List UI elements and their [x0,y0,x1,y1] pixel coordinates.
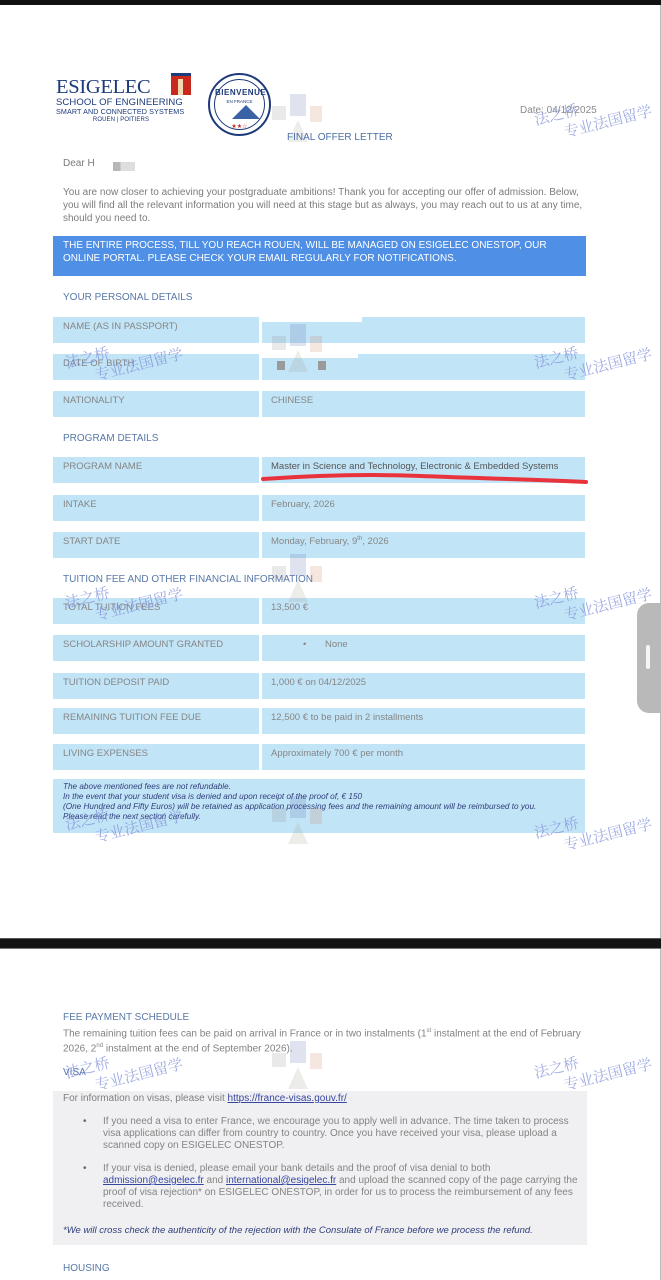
schedule-text-part: instalment at the end of September 2026)… [103,1044,293,1055]
schedule-text-part: The remaining tuition fees can be paid o… [63,1028,427,1039]
visa-bullet-text: If you need a visa to enter France, we e… [103,1116,569,1151]
letter-date: Date: 04/12/2025 [520,105,597,116]
disclaimer-line: (One Hundred and Fifty Euros) will be re… [63,802,575,812]
badge-subtitle: EN FRANCE [215,99,264,104]
row-nationality: NATIONALITY CHINESE [53,391,585,417]
redacted-name [113,162,135,171]
row-label: DATE OF BIRTH [53,354,259,380]
row-label: SCHOLARSHIP AMOUNT GRANTED [53,635,259,661]
redaction-block [277,361,285,370]
row-value: 12,500 € to be paid in 2 installments [262,708,585,734]
fee-payment-schedule-heading: FEE PAYMENT SCHEDULE [63,1012,189,1023]
row-value: CHINESE [262,391,585,417]
esigelec-logo: ESIGELEC SCHOOL OF ENGINEERING SMART AND… [56,77,196,124]
bullet-icon: • [83,1116,87,1128]
row-deposit-paid: TUITION DEPOSIT PAID 1,000 € on 04/12/20… [53,673,585,699]
visa-bullet-list: • If you need a visa to enter France, we… [83,1116,581,1221]
row-label: LIVING EXPENSES [53,744,259,770]
row-label: REMAINING TUITION FEE DUE [53,708,259,734]
bullet-icon: • [83,1163,87,1175]
row-total-tuition: TOTAL TUITION FEES 13,500 € [53,598,585,624]
admission-email-link[interactable]: admission@esigelec.fr [103,1175,204,1186]
visa-refund-note: *We will cross check the authenticity of… [63,1225,533,1236]
greeting: Dear H [63,158,95,169]
redaction-block [318,361,326,370]
row-start-date: START DATE Monday, February, 9th, 2026 [53,532,585,558]
scholarship-value: None [325,639,348,650]
visa-heading: VISA [63,1067,86,1078]
letter-title: FINAL OFFER LETTER [287,132,393,143]
badge-mountain-icon [232,105,260,119]
row-value: Approximately 700 € per month [262,744,585,770]
row-value: Monday, February, 9th, 2026 [262,532,585,558]
row-value: February, 2026 [262,495,585,521]
row-remaining-fee: REMAINING TUITION FEE DUE 12,500 € to be… [53,708,585,734]
fee-payment-schedule-text: The remaining tuition fees can be paid o… [63,1025,583,1056]
financial-heading: TUITION FEE AND OTHER FINANCIAL INFORMAT… [63,574,313,585]
redaction-strip [262,345,358,358]
france-visas-link[interactable]: https://france-visas.gouv.fr/ [228,1093,347,1104]
row-living-expenses: LIVING EXPENSES Approximately 700 € per … [53,744,585,770]
disclaimer-line: The above mentioned fees are not refunda… [63,782,575,792]
badge-ring: BIENVENUE EN FRANCE ★★☆ [214,79,265,130]
row-label: START DATE [53,532,259,558]
logo-wordmark: ESIGELEC [56,77,150,97]
international-email-link[interactable]: international@esigelec.fr [226,1175,336,1186]
bullet-icon: • [303,639,325,650]
disclaimer-line: Please read the next section carefully. [63,812,575,822]
intro-paragraph: You are now closer to achieving your pos… [63,186,595,226]
row-scholarship: SCHOLARSHIP AMOUNT GRANTED •None [53,635,585,661]
row-label: TUITION DEPOSIT PAID [53,673,259,699]
visa-info-line: For information on visas, please visit h… [63,1093,347,1104]
row-label: TOTAL TUITION FEES [53,598,259,624]
visa-bullet-item: • If your visa is denied, please email y… [83,1163,581,1212]
onestop-notice-banner: THE ENTIRE PROCESS, TILL YOU REACH ROUEN… [53,236,586,276]
visa-bullet-text: If your visa is denied, please email you… [103,1163,490,1174]
visa-info-text: For information on visas, please visit [63,1093,228,1104]
start-date-main: Monday, February, 9 [271,536,357,547]
visa-info-box: For information on visas, please visit h… [53,1091,587,1245]
bienvenue-en-france-badge: BIENVENUE EN FRANCE ★★☆ [208,73,271,136]
grip-icon [646,645,650,669]
fees-disclaimer: The above mentioned fees are not refunda… [53,779,585,833]
redaction-strip [262,317,362,322]
disclaimer-line: In the event that your student visa is d… [63,792,575,802]
program-details-heading: PROGRAM DETAILS [63,433,158,444]
visa-bullet-item: • If you need a visa to enter France, we… [83,1116,581,1153]
row-label: NATIONALITY [53,391,259,417]
red-highlight-underline [261,472,589,486]
badge-stars-icon: ★★☆ [215,123,264,130]
side-panel-handle[interactable] [637,603,661,713]
personal-details-heading: YOUR PERSONAL DETAILS [63,292,192,303]
row-value: 1,000 € on 04/12/2025 [262,673,585,699]
row-intake: INTAKE February, 2026 [53,495,585,521]
visa-bullet-text: and [204,1175,226,1186]
row-value: •None [262,635,585,661]
row-label: NAME (AS IN PASSPORT) [53,317,259,343]
logo-emblem-icon [171,73,191,95]
row-label: INTAKE [53,495,259,521]
housing-heading: HOUSING [63,1263,110,1274]
row-value: 13,500 € [262,598,585,624]
logo-line-2: SMART AND CONNECTED SYSTEMS [56,108,196,116]
logo-line-3: ROUEN | POITIERS [56,116,186,124]
row-label: PROGRAM NAME [53,457,259,483]
page-divider [0,938,661,949]
start-date-year: , 2026 [362,536,388,547]
badge-title: BIENVENUE [215,88,264,97]
